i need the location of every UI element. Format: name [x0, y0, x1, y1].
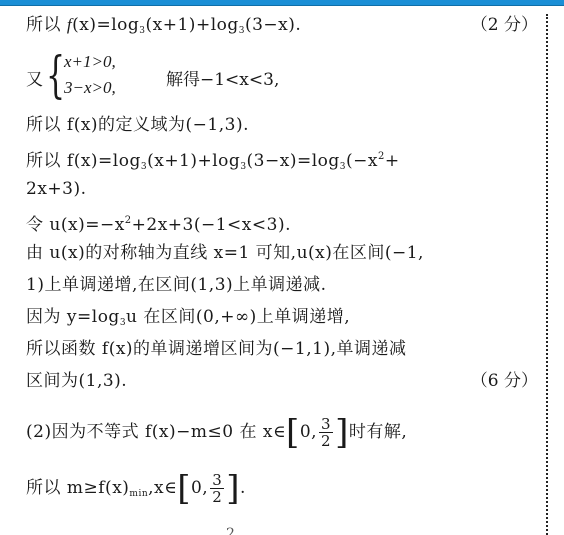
- numerator: 3: [210, 472, 224, 489]
- fraction-3-2: 32: [319, 416, 333, 449]
- text: u 在区间(0,+∞)上单调递增,: [126, 307, 350, 327]
- left-bracket: [: [286, 413, 300, 453]
- solution-line-5: 2x+3).: [26, 178, 87, 200]
- solution-line-8: 1)上单调递增,在区间(1,3)上单调递减.: [26, 274, 327, 296]
- left-brace-icon: {: [46, 49, 65, 101]
- text: +2x+3(−1<x<3).: [132, 215, 291, 235]
- text: 时有解,: [349, 422, 407, 442]
- system-conclusion: 解得−1<x<3,: [166, 65, 279, 90]
- numerator: 3: [319, 416, 333, 433]
- min-subscript: min: [129, 489, 148, 499]
- text: (x+1)+log: [146, 15, 239, 35]
- text: (x+1)+log: [147, 151, 240, 171]
- text: 0,: [191, 478, 208, 498]
- fraction-3-2: 32: [210, 472, 224, 505]
- solution-line-9: 因为 y=log3u 在区间(0,+∞)上单调递增,: [26, 306, 350, 334]
- inequality-row-2: 3−x>0,: [64, 78, 116, 98]
- left-bracket: [: [177, 469, 191, 509]
- text: +: [385, 151, 400, 171]
- dotted-margin-rule: [546, 14, 548, 535]
- right-bracket: ]: [335, 413, 349, 453]
- solution-line-6: 令 u(x)=−x2+2x+3(−1<x<3).: [26, 210, 291, 236]
- text: 因为 y=log: [26, 307, 120, 327]
- denominator: 2: [210, 489, 224, 505]
- text: (3−x)=log: [247, 151, 340, 171]
- text: 所以: [26, 15, 67, 35]
- score-label-2: （2 分）: [471, 14, 538, 36]
- top-color-bar: [0, 0, 564, 6]
- solution-line-10: 所以函数 f(x)的单调递增区间为(−1,1),单调递减: [26, 338, 407, 360]
- text: 所以 f(x)=log: [26, 151, 141, 171]
- text: (−x: [346, 151, 378, 171]
- solution-line-13: 所以 m≥f(x)min,x∈[0,32].: [26, 468, 246, 514]
- text: .: [240, 478, 246, 498]
- right-bracket: ]: [226, 469, 240, 509]
- solution-line-3: 所以 f(x)的定义域为(−1,3).: [26, 114, 249, 136]
- exponent: 2: [378, 151, 385, 162]
- text: ,x∈: [148, 478, 177, 498]
- text: 0,: [300, 422, 317, 442]
- text: (x)=log: [72, 15, 139, 35]
- solution-line-11: 区间为(1,3).: [26, 370, 127, 392]
- solution-line-7: 由 u(x)的对称轴为直线 x=1 可知,u(x)在区间(−1,: [26, 242, 424, 264]
- text: (3−x).: [245, 15, 301, 35]
- text: (2)因为不等式 f(x)−m≤0 在 x∈: [26, 422, 286, 442]
- inequality-row-1: x+1>0,: [64, 52, 116, 72]
- text: 令 u(x)=−x: [26, 215, 125, 235]
- score-label-6: （6 分）: [471, 370, 538, 392]
- solution-line-12: (2)因为不等式 f(x)−m≤0 在 x∈[0,32]时有解,: [26, 412, 407, 452]
- system-label: 又: [26, 65, 43, 90]
- denominator: 2: [319, 433, 333, 449]
- solution-line-1: 所以 f(x)=log3(x+1)+log3(3−x).: [26, 14, 301, 42]
- cut-off-line-fragment: 2: [226, 526, 235, 535]
- solution-line-4: 所以 f(x)=log3(x+1)+log3(3−x)=log3(−x2+: [26, 146, 400, 178]
- exponent: 2: [125, 215, 132, 226]
- text: 所以 m≥f(x): [26, 478, 129, 498]
